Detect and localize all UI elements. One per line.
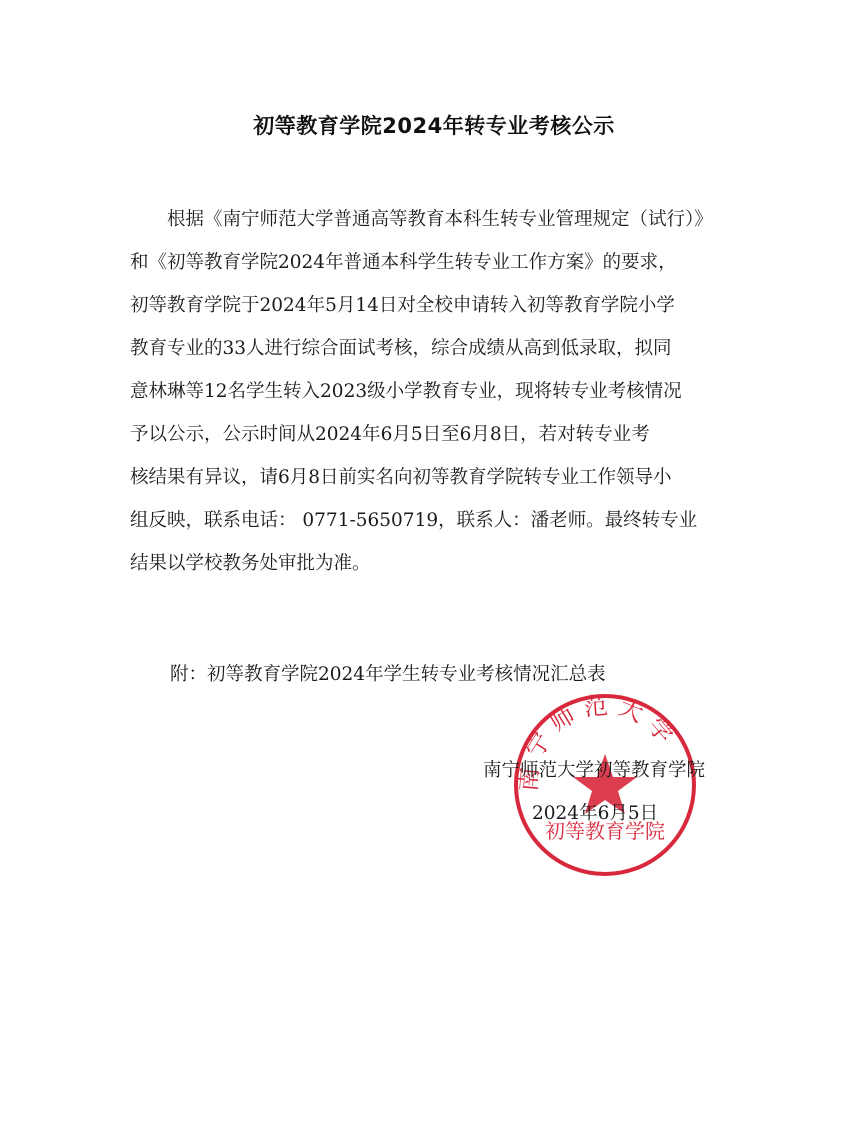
body-line: 根据《南宁师范大学普通高等教育本科生转专业管理规定（试行）》 [167, 207, 713, 233]
body-line: 初等教育学院于2024年5月14日对全校申请转入初等教育学院小学 [130, 293, 675, 319]
body-line: 结果以学校教务处审批为准。 [130, 551, 371, 577]
attachment-note: 附：初等教育学院2024年学生转专业考核情况汇总表 [170, 660, 606, 686]
body-line: 意林琳等12名学生转入2023级小学教育专业，现将转专业考核情况 [130, 379, 682, 405]
signature-organization: 南宁师范大学初等教育学院 [483, 756, 705, 782]
signature-date: 2024年6月5日 [532, 799, 658, 825]
body-line: 和《初等教育学院2024年普通本科学生转专业工作方案》的要求， [130, 250, 677, 276]
official-seal-icon: 南宁师范大学 初等教育学院 [512, 692, 698, 878]
body-line: 核结果有异议，请6月8日前实名向初等教育学院转专业工作领导小 [130, 465, 672, 491]
body-line: 教育专业的33人进行综合面试考核，综合成绩从高到低录取，拟同 [130, 336, 672, 362]
document-title: 初等教育学院2024年转专业考核公示 [0, 110, 868, 140]
body-line: 组反映，联系电话： 0771-5650719，联系人：潘老师。最终转专业 [130, 508, 697, 534]
body-line: 予以公示，公示时间从2024年6月5日至6月8日，若对转专业考 [130, 422, 650, 448]
